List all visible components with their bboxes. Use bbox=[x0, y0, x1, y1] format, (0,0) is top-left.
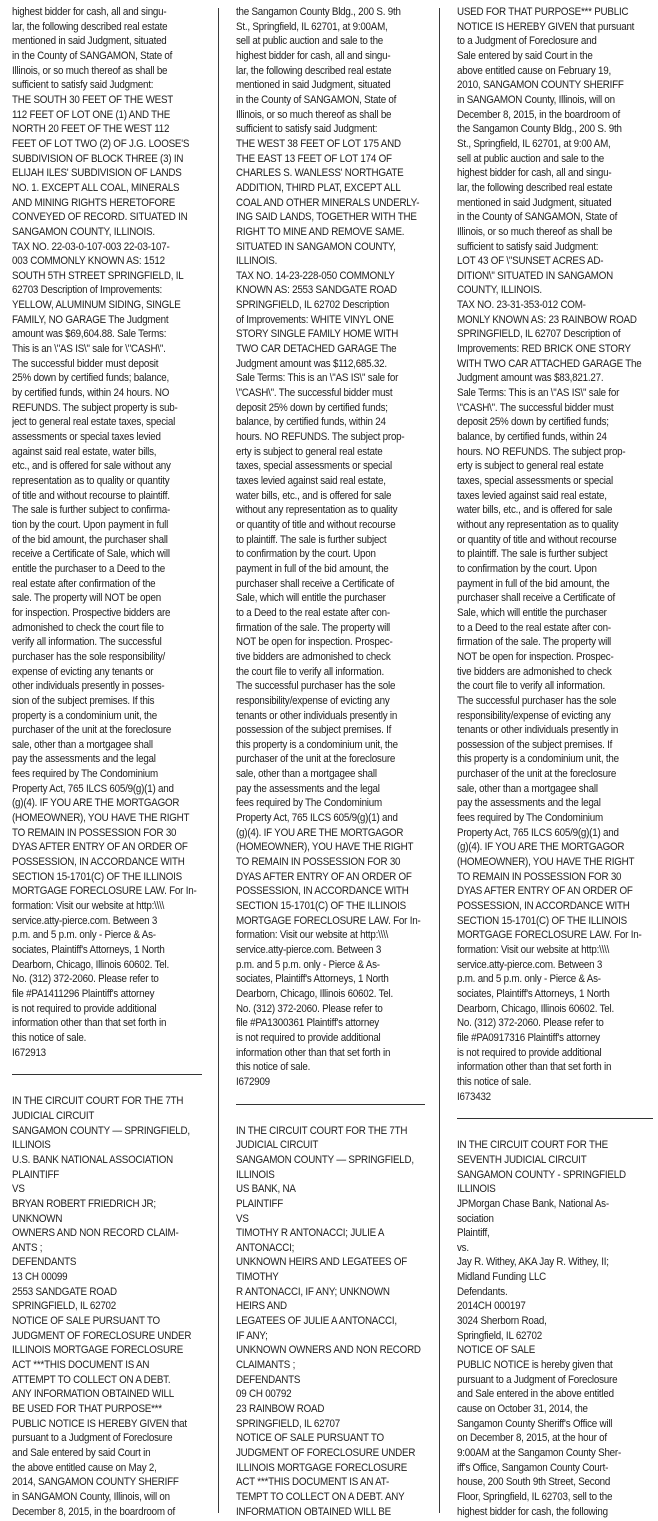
text-line: lar, the following described real estate bbox=[236, 64, 399, 79]
notice-block: IN THE CIRCUIT COURT FOR THESEVENTH JUDI… bbox=[457, 1138, 653, 1519]
text-line: UNKNOWN OWNERS AND NON RECORD bbox=[236, 1343, 399, 1358]
notice-block: IN THE CIRCUIT COURT FOR THE 7THJUDICIAL… bbox=[236, 1124, 426, 1520]
text-line: PLAINTIFF bbox=[236, 1197, 399, 1212]
text-line: Springfield, IL 62702 bbox=[457, 1329, 626, 1344]
text-line: information other than that set forth in bbox=[236, 1046, 399, 1061]
text-line: hours. NO REFUNDS. The subject prop- bbox=[236, 430, 399, 445]
text-line: IN THE CIRCUIT COURT FOR THE bbox=[457, 1138, 626, 1153]
text-line: sell at public auction and sale to the bbox=[457, 152, 626, 167]
text-line: 09 CH 00792 bbox=[236, 1387, 399, 1402]
text-line: of Improvements: WHITE VINYL ONE bbox=[236, 313, 399, 328]
text-line: BE USED FOR THAT PURPOSE*** bbox=[12, 1402, 179, 1417]
text-line: ANTS ; bbox=[12, 1241, 179, 1256]
text-line: No. (312) 372-2060. Please refer to bbox=[236, 1002, 399, 1017]
text-line: ATTEMPT TO COLLECT ON A DEBT. bbox=[12, 1373, 179, 1388]
text-line: St., Springfield, IL 62701, at 9:00AM, bbox=[236, 20, 399, 35]
text-line: SPRINGFIELD, IL 62707 bbox=[236, 1417, 399, 1432]
notice-block: IN THE CIRCUIT COURT FOR THE 7THJUDICIAL… bbox=[12, 1094, 206, 1519]
text-line: ADDITION, THIRD PLAT, EXCEPT ALL bbox=[236, 181, 399, 196]
text-line: CONVEYED OF RECORD. SITUATED IN bbox=[12, 210, 179, 225]
text-line: MORTGAGE FORECLOSURE LAW. For In- bbox=[12, 884, 179, 899]
text-line: the court file to verify all information… bbox=[457, 679, 626, 694]
text-line: information other than that set forth in bbox=[12, 1016, 179, 1031]
text-line: formation: Visit our website at http:\\\… bbox=[12, 899, 179, 914]
text-line: 2010, SANGAMON COUNTY SHERIFF bbox=[457, 78, 626, 93]
text-line: CHARLES S. WANLESS' NORTHGATE bbox=[236, 166, 399, 181]
text-line: St., Springfield, IL 62701, at 9:00 AM, bbox=[457, 137, 626, 152]
text-line: ILLINOIS. bbox=[236, 254, 399, 269]
text-line: fees required by The Condominium bbox=[457, 811, 626, 826]
text-line: sell at public auction and sale to the bbox=[236, 34, 399, 49]
text-line: (g)(4). IF YOU ARE THE MORTGAGOR bbox=[457, 840, 626, 855]
text-line: admonished to check the court file to bbox=[12, 621, 179, 636]
text-line: the Sangamon County Bldg., 200 S. 9th bbox=[236, 5, 399, 20]
notice-block: the Sangamon County Bldg., 200 S. 9thSt.… bbox=[236, 5, 426, 1090]
text-line: Sale Terms: This is an \"AS IS\" sale fo… bbox=[457, 386, 626, 401]
text-line: PLAINTIFF bbox=[12, 1168, 179, 1183]
text-line: p.m. and 5 p.m. only - Pierce & As- bbox=[236, 958, 399, 973]
text-line: information other than that set forth in bbox=[457, 1060, 626, 1075]
text-line: purchaser has the sole responsibility/ bbox=[12, 650, 179, 665]
text-line: of the bid amount, the purchaser shall bbox=[12, 533, 179, 548]
text-line: ject to general real estate taxes, speci… bbox=[12, 415, 179, 430]
text-line: to a Deed to the real estate after con- bbox=[457, 621, 626, 636]
text-line: sociates, Plaintiff's Attorneys, 1 North bbox=[236, 972, 399, 987]
text-line: 62703 Description of Improvements: bbox=[12, 283, 179, 298]
text-line: the court file to verify all information… bbox=[236, 665, 399, 680]
text-line: (HOMEOWNER), YOU HAVE THE RIGHT bbox=[457, 855, 626, 870]
text-line: assessments or special taxes levied bbox=[12, 430, 179, 445]
text-line: IN THE CIRCUIT COURT FOR THE 7TH bbox=[236, 1124, 399, 1139]
text-line: water bills, etc., and is offered for sa… bbox=[457, 503, 626, 518]
text-line: responsibility/expense of evicting any bbox=[457, 709, 626, 724]
text-line: Judgment amount was $112,685.32. bbox=[236, 357, 399, 372]
text-line: Sale, which will entitle the purchaser bbox=[236, 591, 399, 606]
text-line: house, 200 South 9th Street, Second bbox=[457, 1475, 626, 1490]
text-line: No. (312) 372-2060. Please refer to bbox=[12, 972, 179, 987]
text-line: to plaintiff. The sale is further subjec… bbox=[457, 547, 626, 562]
text-line: sale, other than a mortgagee shall bbox=[236, 767, 399, 782]
text-line: Judgment amount was $83,821.27. bbox=[457, 371, 626, 386]
text-line: Defendants. bbox=[457, 1285, 626, 1300]
text-line: STORY SINGLE FAMILY HOME WITH bbox=[236, 327, 399, 342]
text-line: (g)(4). IF YOU ARE THE MORTGAGOR bbox=[236, 826, 399, 841]
text-line: TAX NO. 14-23-228-050 COMMONLY bbox=[236, 269, 399, 284]
text-line: purchaser of the unit at the foreclosure bbox=[12, 723, 179, 738]
text-line: TO REMAIN IN POSSESSION FOR 30 bbox=[12, 826, 179, 841]
text-line: fees required by The Condominium bbox=[12, 767, 179, 782]
text-line: SANGAMON COUNTY - SPRINGFIELD bbox=[457, 1168, 626, 1183]
text-line: fees required by The Condominium bbox=[236, 796, 399, 811]
text-line: to plaintiff. The sale is further subjec… bbox=[236, 533, 399, 548]
text-line: Illinois, or so much thereof as shall be bbox=[12, 64, 179, 79]
column-divider bbox=[439, 8, 440, 1513]
text-line: is not required to provide additional bbox=[236, 1031, 399, 1046]
text-line: TAX NO. 23-31-353-012 COM- bbox=[457, 298, 626, 313]
text-line: JPMorgan Chase Bank, National As- bbox=[457, 1197, 626, 1212]
text-line: NOT be open for inspection. Prospec- bbox=[236, 635, 399, 650]
text-line: HEIRS AND bbox=[236, 1299, 399, 1314]
text-line: \"CASH\". The successful bidder must bbox=[457, 401, 626, 416]
text-line: The sale is further subject to confirma- bbox=[12, 503, 179, 518]
text-line: service.atty-pierce.com. Between 3 bbox=[12, 914, 179, 929]
text-line: (HOMEOWNER), YOU HAVE THE RIGHT bbox=[12, 811, 179, 826]
text-line: ILLINOIS MORTGAGE FORECLOSURE bbox=[236, 1461, 399, 1476]
text-line: is not required to provide additional bbox=[457, 1046, 626, 1061]
text-line: NO. 1. EXCEPT ALL COAL, MINERALS bbox=[12, 181, 179, 196]
text-line: purchaser of the unit at the foreclosure bbox=[457, 767, 626, 782]
text-line: this property is a condominium unit, the bbox=[457, 752, 626, 767]
text-line: balance, by certified funds, within 24 bbox=[457, 430, 626, 445]
text-line: pay the assessments and the legal bbox=[236, 782, 399, 797]
text-line: without any representation as to quality bbox=[457, 518, 626, 533]
text-line: tive bidders are admonished to check bbox=[457, 665, 626, 680]
text-line: pursuant to a Judgment of Foreclosure bbox=[457, 1373, 626, 1388]
text-line: I672909 bbox=[236, 1075, 399, 1090]
text-line: COAL AND OTHER MINERALS UNDERLY- bbox=[236, 196, 399, 211]
text-line: pay the assessments and the legal bbox=[457, 796, 626, 811]
text-line: INFORMATION OBTAINED WILL BE bbox=[236, 1505, 399, 1520]
text-line: possession of the subject premises. If bbox=[236, 723, 399, 738]
text-line: JUDICIAL CIRCUIT bbox=[12, 1109, 179, 1124]
text-line: cause on October 31, 2014, the bbox=[457, 1402, 626, 1417]
text-line: pay the assessments and the legal bbox=[12, 752, 179, 767]
text-line: ELIJAH ILES' SUBDIVISION OF LANDS bbox=[12, 166, 179, 181]
text-line: US BANK, NA bbox=[236, 1182, 399, 1197]
text-line: I672913 bbox=[12, 1046, 179, 1061]
text-line: JUDGMENT OF FORECLOSURE UNDER bbox=[236, 1446, 399, 1461]
text-line: DYAS AFTER ENTRY OF AN ORDER OF bbox=[236, 870, 399, 885]
text-line: The successful purchaser has the sole bbox=[236, 679, 399, 694]
text-line: amount was $69,604.88. Sale Terms: bbox=[12, 327, 179, 342]
text-line: sion of the subject premises. If this bbox=[12, 694, 179, 709]
text-line: and Sale entered by said Court in bbox=[12, 1446, 179, 1461]
text-line: CLAIMANTS ; bbox=[236, 1358, 399, 1373]
notice-separator bbox=[12, 1060, 206, 1094]
text-line: this notice of sale. bbox=[457, 1075, 626, 1090]
text-line: TAX NO. 22-03-0-107-003 22-03-107- bbox=[12, 240, 179, 255]
text-line: DYAS AFTER ENTRY OF AN ORDER OF bbox=[457, 884, 626, 899]
column-divider bbox=[218, 8, 219, 1513]
text-line: ANTONACCI; bbox=[236, 1241, 399, 1256]
text-line: LEGATEES OF JULIE A ANTONACCI, bbox=[236, 1314, 399, 1329]
text-line: taxes levied against said real estate, bbox=[457, 489, 626, 504]
text-line: responsibility/expense of evicting any bbox=[236, 694, 399, 709]
text-line: DEFENDANTS bbox=[12, 1255, 179, 1270]
text-line: 3024 Sherborn Road, bbox=[457, 1314, 626, 1329]
text-line: 2014CH 000197 bbox=[457, 1299, 626, 1314]
text-line: Sale, which will entitle the purchaser bbox=[457, 606, 626, 621]
text-line: deposit 25% down by certified funds; bbox=[236, 401, 399, 416]
text-line: TEMPT TO COLLECT ON A DEBT. ANY bbox=[236, 1490, 399, 1505]
text-line: I673432 bbox=[457, 1090, 626, 1105]
text-line: U.S. BANK NATIONAL ASSOCIATION bbox=[12, 1153, 179, 1168]
text-line: balance, by certified funds, within 24 bbox=[236, 415, 399, 430]
text-line: SUBDIVISION OF BLOCK THREE (3) IN bbox=[12, 152, 179, 167]
text-line: payment in full of the bid amount, the bbox=[236, 562, 399, 577]
text-line: USED FOR THAT PURPOSE*** PUBLIC bbox=[457, 5, 626, 20]
text-line: to confirmation by the court. Upon bbox=[236, 547, 399, 562]
text-line: to a Judgment of Foreclosure and bbox=[457, 34, 626, 49]
text-line: formation: Visit our website at http:\\\… bbox=[236, 928, 399, 943]
text-line: NOTICE OF SALE PURSUANT TO bbox=[236, 1431, 399, 1446]
text-line: NORTH 20 FEET OF THE WEST 112 bbox=[12, 122, 179, 137]
text-line: Sale Terms: This is an \"AS IS\" sale fo… bbox=[236, 371, 399, 386]
text-line: ILLINOIS bbox=[457, 1182, 626, 1197]
text-line: Midland Funding LLC bbox=[457, 1270, 626, 1285]
column-2: the Sangamon County Bldg., 200 S. 9thSt.… bbox=[236, 5, 426, 1521]
text-line: tive bidders are admonished to check bbox=[236, 650, 399, 665]
text-line: SANGAMON COUNTY — SPRINGFIELD, bbox=[12, 1124, 179, 1139]
text-line: SEVENTH JUDICIAL CIRCUIT bbox=[457, 1153, 626, 1168]
text-line: Floor, Springfield, IL 62703, sell to th… bbox=[457, 1490, 626, 1505]
text-line: ING SAID LANDS, TOGETHER WITH THE bbox=[236, 210, 399, 225]
text-line: JUDICIAL CIRCUIT bbox=[236, 1138, 399, 1153]
text-line: without any representation as to quality bbox=[236, 503, 399, 518]
text-line: THE SOUTH 30 FEET OF THE WEST bbox=[12, 93, 179, 108]
text-line: sale, other than a mortgagee shall bbox=[457, 782, 626, 797]
text-line: SANGAMON COUNTY — SPRINGFIELD, bbox=[236, 1153, 399, 1168]
text-line: lar, the following described real estate bbox=[12, 20, 179, 35]
text-line: in the County of SANGAMON, State of bbox=[457, 210, 626, 225]
text-line: ILLINOIS bbox=[12, 1138, 179, 1153]
text-line: ILLINOIS MORTGAGE FORECLOSURE bbox=[12, 1343, 179, 1358]
text-line: 2014, SANGAMON COUNTY SHERIFF bbox=[12, 1475, 179, 1490]
text-line: the above entitled cause on May 2, bbox=[12, 1461, 179, 1476]
text-line: and Sale entered in the above entitled bbox=[457, 1387, 626, 1402]
text-line: TWO CAR DETACHED GARAGE The bbox=[236, 342, 399, 357]
text-line: is not required to provide additional bbox=[12, 1002, 179, 1017]
text-line: verify all information. The successful bbox=[12, 635, 179, 650]
text-line: sale. The property will NOT be open bbox=[12, 591, 179, 606]
text-line: SOUTH 5TH STREET SPRINGFIELD, IL bbox=[12, 269, 179, 284]
text-line: Dearborn, Chicago, Illinois 60602. Tel. bbox=[457, 1002, 626, 1017]
text-line: pursuant to a Judgment of Foreclosure bbox=[12, 1431, 179, 1446]
text-line: THE EAST 13 FEET OF LOT 174 OF bbox=[236, 152, 399, 167]
text-line: hours. NO REFUNDS. The subject prop- bbox=[457, 445, 626, 460]
text-line: VS bbox=[236, 1212, 399, 1227]
text-line: IN THE CIRCUIT COURT FOR THE 7TH bbox=[12, 1094, 179, 1109]
text-line: ANY INFORMATION OBTAINED WILL bbox=[12, 1387, 179, 1402]
text-line: purchaser of the unit at the foreclosure bbox=[236, 752, 399, 767]
text-line: THE WEST 38 FEET OF LOT 175 AND bbox=[236, 137, 399, 152]
text-line: deposit 25% down by certified funds; bbox=[457, 415, 626, 430]
text-line: Illinois, or so much thereof as shall be bbox=[457, 225, 626, 240]
text-line: SECTION 15-1701(C) OF THE ILLINOIS bbox=[12, 870, 179, 885]
text-line: MORTGAGE FORECLOSURE LAW. For In- bbox=[457, 928, 626, 943]
text-line: water bills, etc., and is offered for sa… bbox=[236, 489, 399, 504]
text-line: YELLOW, ALUMINUM SIDING, SINGLE bbox=[12, 298, 179, 313]
text-line: firmation of the sale. The property will bbox=[236, 621, 399, 636]
text-line: formation: Visit our website at http:\\\… bbox=[457, 943, 626, 958]
text-line: BRYAN ROBERT FRIEDRICH JR; bbox=[12, 1197, 179, 1212]
text-line: FAMILY, NO GARAGE The Judgment bbox=[12, 313, 179, 328]
text-line: by certified funds, within 24 hours. NO bbox=[12, 386, 179, 401]
text-line: 23 RAINBOW ROAD bbox=[236, 1402, 399, 1417]
text-line: property is a condominium unit, the bbox=[12, 709, 179, 724]
text-line: erty is subject to general real estate bbox=[236, 445, 399, 460]
text-line: DYAS AFTER ENTRY OF AN ORDER OF bbox=[12, 840, 179, 855]
text-line: Dearborn, Chicago, Illinois 60602. Tel. bbox=[236, 987, 399, 1002]
text-line: p.m. and 5 p.m. only - Pierce & As- bbox=[12, 928, 179, 943]
text-line: taxes levied against said real estate, bbox=[236, 474, 399, 489]
text-line: NOTICE OF SALE bbox=[457, 1343, 626, 1358]
text-line: Sangamon County Sheriff's Office will bbox=[457, 1417, 626, 1432]
column-1: highest bidder for cash, all and singu-l… bbox=[12, 5, 206, 1521]
text-line: PUBLIC NOTICE IS HEREBY GIVEN that bbox=[12, 1417, 179, 1432]
text-line: 2553 SANDGATE ROAD bbox=[12, 1285, 179, 1300]
text-line: in the County of SANGAMON, State of bbox=[236, 93, 399, 108]
text-line: payment in full of the bid amount, the bbox=[457, 577, 626, 592]
text-line: purchaser shall receive a Certificate of bbox=[236, 577, 399, 592]
text-line: Dearborn, Chicago, Illinois 60602. Tel. bbox=[12, 958, 179, 973]
text-line: tenants or other individuals presently i… bbox=[236, 709, 399, 724]
text-line: sale, other than a mortgagee shall bbox=[12, 738, 179, 753]
text-line: SPRINGFIELD, IL 62702 bbox=[12, 1299, 179, 1314]
text-line: KNOWN AS: 2553 SANDGATE ROAD bbox=[236, 283, 399, 298]
text-line: firmation of the sale. The property will bbox=[457, 635, 626, 650]
notice-block: USED FOR THAT PURPOSE*** PUBLICNOTICE IS… bbox=[457, 5, 653, 1104]
text-line: representation as to quality or quantity bbox=[12, 474, 179, 489]
text-line: this notice of sale. bbox=[236, 1060, 399, 1075]
text-line: The successful purchaser has the sole bbox=[457, 694, 626, 709]
notice-block: highest bidder for cash, all and singu-l… bbox=[12, 5, 206, 1060]
text-line: in SANGAMON County, Illinois, will on bbox=[457, 93, 626, 108]
text-line: Illinois, or so much thereof as shall be bbox=[236, 108, 399, 123]
text-line: on December 8, 2015, at the hour of bbox=[457, 1431, 626, 1446]
text-line: or quantity of title and without recours… bbox=[236, 518, 399, 533]
text-line: Jay R. Withey, AKA Jay R. Withey, II; bbox=[457, 1255, 626, 1270]
text-line: REFUNDS. The subject property is sub- bbox=[12, 401, 179, 416]
text-line: MORTGAGE FORECLOSURE LAW. For In- bbox=[236, 914, 399, 929]
text-line: ILLINOIS bbox=[236, 1168, 399, 1183]
text-line: other individuals presently in posses- bbox=[12, 679, 179, 694]
text-line: TIMOTHY R ANTONACCI; JULIE A bbox=[236, 1226, 399, 1241]
legal-notices-page: highest bidder for cash, all and singu-l… bbox=[0, 0, 658, 1521]
text-line: TO REMAIN IN POSSESSION FOR 30 bbox=[457, 870, 626, 885]
text-line: IF ANY; bbox=[236, 1329, 399, 1344]
text-line: SECTION 15-1701(C) OF THE ILLINOIS bbox=[236, 899, 399, 914]
text-line: sufficient to satisfy said Judgment: bbox=[236, 122, 399, 137]
text-line: TIMOTHY bbox=[236, 1270, 399, 1285]
text-line: POSSESSION, IN ACCORDANCE WITH bbox=[236, 884, 399, 899]
text-line: entitle the purchaser to a Deed to the bbox=[12, 562, 179, 577]
text-line: SPRINGFIELD, IL 62707 Description of bbox=[457, 327, 626, 342]
text-line: PUBLIC NOTICE is hereby given that bbox=[457, 1358, 626, 1373]
text-line: The successful bidder must deposit bbox=[12, 357, 179, 372]
text-line: file #PA0917316 Plaintiff's attorney bbox=[457, 1031, 626, 1046]
text-line: Plaintiff, bbox=[457, 1226, 626, 1241]
text-line: COUNTY, ILLINOIS. bbox=[457, 283, 626, 298]
text-line: sociates, Plaintiff's Attorneys, 1 North bbox=[12, 943, 179, 958]
text-line: the Sangamon County Bldg., 200 S. 9th bbox=[457, 122, 626, 137]
text-line: OWNERS AND NON RECORD CLAIM- bbox=[12, 1226, 179, 1241]
text-line: VS bbox=[12, 1182, 179, 1197]
text-line: to confirmation by the court. Upon bbox=[457, 562, 626, 577]
text-line: NOTICE OF SALE PURSUANT TO bbox=[12, 1314, 179, 1329]
text-line: AND MINING RIGHTS HERETOFORE bbox=[12, 196, 179, 211]
text-line: SPRINGFIELD, IL 62702 Description bbox=[236, 298, 399, 313]
text-line: DITION\" SITUATED IN SANGAMON bbox=[457, 269, 626, 284]
text-line: (HOMEOWNER), YOU HAVE THE RIGHT bbox=[236, 840, 399, 855]
text-line: \"CASH\". The successful bidder must bbox=[236, 386, 399, 401]
text-line: etc., and is offered for sale without an… bbox=[12, 459, 179, 474]
text-line: tenants or other individuals presently i… bbox=[457, 723, 626, 738]
text-line: 9:00AM at the Sangamon County Sher- bbox=[457, 1446, 626, 1461]
text-line: sociates, Plaintiff's Attorneys, 1 North bbox=[457, 987, 626, 1002]
text-line: p.m. and 5 p.m. only - Pierce & As- bbox=[457, 972, 626, 987]
text-line: Improvements: RED BRICK ONE STORY bbox=[457, 342, 626, 357]
text-line: of title and without recourse to plainti… bbox=[12, 489, 179, 504]
text-line: mentioned in said Judgment, situated bbox=[12, 34, 179, 49]
text-line: POSSESSION, IN ACCORDANCE WITH bbox=[12, 855, 179, 870]
text-line: NOTICE IS HEREBY GIVEN that pursuant bbox=[457, 20, 626, 35]
text-line: 112 FEET OF LOT ONE (1) AND THE bbox=[12, 108, 179, 123]
text-line: iff's Office, Sangamon County Court- bbox=[457, 1461, 626, 1476]
text-line: JUDGMENT OF FORECLOSURE UNDER bbox=[12, 1329, 179, 1344]
text-line: erty is subject to general real estate bbox=[457, 459, 626, 474]
text-line: file #PA1300361 Plaintiff's attorney bbox=[236, 1016, 399, 1031]
text-line: in SANGAMON County, Illinois, will on bbox=[12, 1490, 179, 1505]
notice-separator bbox=[236, 1090, 426, 1124]
text-line: mentioned in said Judgment, situated bbox=[457, 196, 626, 211]
text-line: Sale entered by said Court in the bbox=[457, 49, 626, 64]
text-line: possession of the subject premises. If bbox=[457, 738, 626, 753]
text-line: FEET OF LOT TWO (2) OF J.G. LOOSE'S bbox=[12, 137, 179, 152]
text-line: vs. bbox=[457, 1241, 626, 1256]
text-line: this property is a condominium unit, the bbox=[236, 738, 399, 753]
text-line: December 8, 2015, in the boardroom of bbox=[12, 1505, 179, 1520]
text-line: sufficient to satisfy said Judgment: bbox=[457, 240, 626, 255]
text-line: service.atty-pierce.com. Between 3 bbox=[457, 958, 626, 973]
text-line: taxes, special assessments or special bbox=[236, 459, 399, 474]
text-line: 13 CH 00099 bbox=[12, 1270, 179, 1285]
text-line: taxes, special assessments or special bbox=[457, 474, 626, 489]
text-line: receive a Certificate of Sale, which wil… bbox=[12, 547, 179, 562]
text-line: this notice of sale. bbox=[12, 1031, 179, 1046]
column-3: USED FOR THAT PURPOSE*** PUBLICNOTICE IS… bbox=[457, 5, 653, 1521]
text-line: ACT ***THIS DOCUMENT IS AN bbox=[12, 1358, 179, 1373]
text-line: LOT 43 OF \"SUNSET ACRES AD- bbox=[457, 254, 626, 269]
text-line: December 8, 2015, in the boardroom of bbox=[457, 108, 626, 123]
text-line: SANGAMON COUNTY, ILLINOIS. bbox=[12, 225, 179, 240]
text-line: ACT ***THIS DOCUMENT IS AN AT- bbox=[236, 1475, 399, 1490]
text-line: service.atty-pierce.com. Between 3 bbox=[236, 943, 399, 958]
text-line: or quantity of title and without recours… bbox=[457, 533, 626, 548]
text-line: mentioned in said Judgment, situated bbox=[236, 78, 399, 93]
text-line: in the County of SANGAMON, State of bbox=[12, 49, 179, 64]
text-line: NOT be open for inspection. Prospec- bbox=[457, 650, 626, 665]
text-line: Property Act, 765 ILCS 605/9(g)(1) and bbox=[457, 826, 626, 841]
text-line: MONLY KNOWN AS: 23 RAINBOW ROAD bbox=[457, 313, 626, 328]
text-line: expense of evicting any tenants or bbox=[12, 665, 179, 680]
text-line: 003 COMMONLY KNOWN AS: 1512 bbox=[12, 254, 179, 269]
text-line: real estate after confirmation of the bbox=[12, 577, 179, 592]
text-line: POSSESSION, IN ACCORDANCE WITH bbox=[457, 899, 626, 914]
text-line: UNKNOWN HEIRS AND LEGATEES OF bbox=[236, 1255, 399, 1270]
text-line: TO REMAIN IN POSSESSION FOR 30 bbox=[236, 855, 399, 870]
text-line: Property Act, 765 ILCS 605/9(g)(1) and bbox=[236, 811, 399, 826]
text-line: SECTION 15-1701(C) OF THE ILLINOIS bbox=[457, 914, 626, 929]
notice-separator bbox=[457, 1104, 653, 1138]
text-line: Property Act, 765 ILCS 605/9(g)(1) and bbox=[12, 782, 179, 797]
text-line: for inspection. Prospective bidders are bbox=[12, 606, 179, 621]
text-line: sociation bbox=[457, 1212, 626, 1227]
text-line: This is an \"AS IS\" sale for \"CASH\". bbox=[12, 342, 179, 357]
text-line: 25% down by certified funds; balance, bbox=[12, 371, 179, 386]
text-line: file #PA1411296 Plaintiff's attorney bbox=[12, 987, 179, 1002]
text-line: sufficient to satisfy said Judgment: bbox=[12, 78, 179, 93]
